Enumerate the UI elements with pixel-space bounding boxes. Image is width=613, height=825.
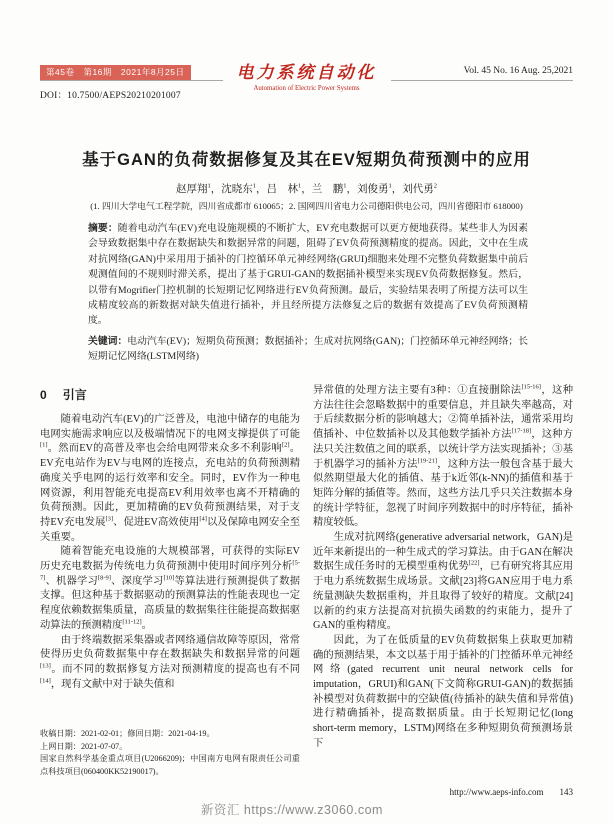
left-column-paragraphs: 随着电动汽车(EV)的广泛普及，电池中储存的电能为电网实施需求响应以及极端情况下… — [40, 413, 300, 692]
journal-url-link[interactable]: http://www.aeps-info.com — [450, 787, 544, 797]
journal-name-cn: 电力系统自动化 — [237, 64, 377, 84]
watermark-link[interactable]: 新资汇 https://www.z3060.com — [201, 800, 383, 818]
abstract-text: 随着电动汽车(EV)充电设施规模的不断扩大，EV充电数据可以更方便地获得。某些非… — [88, 223, 528, 326]
issue-info-badge: 第45卷 第16期 2021年8月25日 — [40, 65, 191, 80]
paragraph: 异常值的处理方法主要有3种：①直接删除法[15-16]，这种方法往往会忽略数据中… — [313, 384, 573, 531]
left-column: 0引言 随着电动汽车(EV)的广泛普及，电池中储存的电能为电网实施需求响应以及极… — [40, 384, 300, 780]
paragraph: 由于终端数据采集器或者网络通信故障等原因，常常使得历史负荷数据集中存在数据缺失和… — [40, 634, 300, 693]
paper-title: 基于GAN的负荷数据修复及其在EV短期负荷预测中的应用 — [20, 146, 593, 170]
footnote-line: 国家自然科学基金重点项目(U2066209)；中国南方电网有限责任公司重点科技项… — [40, 753, 300, 778]
section-title: 引言 — [63, 388, 87, 402]
footnote-line: 上网日期：2021-07-07。 — [40, 741, 300, 753]
author-line: 赵厚翔1，沈晓东1，吕 林1，兰 鹏1，刘俊勇1，刘代勇2 — [0, 181, 613, 196]
journal-name-en: Automation of Electric Power Systems — [237, 85, 377, 92]
right-column-paragraphs: 异常值的处理方法主要有3种：①直接删除法[15-16]，这种方法往往会忽略数据中… — [313, 384, 573, 752]
footnote-line: 收稿日期：2021-02-01；修回日期：2021-04-19。 — [40, 728, 300, 740]
abstract-label: 摘要： — [88, 223, 118, 234]
abstract-block: 摘要：随着电动汽车(EV)充电设施规模的不断扩大，EV充电数据可以更方便地获得。… — [88, 221, 528, 365]
section-number: 0 — [40, 388, 47, 402]
doi-text: DOI：10.7500/AEPS20210201007 — [40, 87, 181, 101]
keywords-text: 电动汽车(EV)；短期负荷预测；数据插补；生成对抗网络(GAN)；门控循环单元神… — [88, 336, 528, 362]
volume-info: Vol. 45 No. 16 Aug. 25,2021 — [464, 66, 573, 76]
page-number: 143 — [560, 787, 574, 797]
affiliation-line: (1. 四川大学电气工程学院，四川省成都市 610065；2. 国网四川省电力公… — [0, 199, 613, 212]
paragraph: 生成对抗网络(generative adversarial network，GA… — [313, 531, 573, 634]
body-columns: 0引言 随着电动汽车(EV)的广泛普及，电池中储存的电能为电网实施需求响应以及极… — [40, 384, 573, 780]
paper-page: 第45卷 第16期 2021年8月25日 DOI：10.7500/AEPS202… — [0, 0, 613, 825]
journal-header: 第45卷 第16期 2021年8月25日 DOI：10.7500/AEPS202… — [40, 64, 573, 112]
page-footer: http://www.aeps-info.com143 — [450, 787, 573, 797]
paragraph: 因此，为了在低质量的EV负荷数据集上获取更加精确的预测结果，本文以基于用于插补的… — [313, 634, 573, 752]
keywords-label: 关键词： — [88, 336, 127, 347]
right-column: 异常值的处理方法主要有3种：①直接删除法[15-16]，这种方法往往会忽略数据中… — [313, 384, 573, 780]
journal-logo: 电力系统自动化 Automation of Electric Power Sys… — [223, 64, 391, 92]
section-heading: 0引言 — [40, 386, 300, 403]
abstract-paragraph: 摘要：随着电动汽车(EV)充电设施规模的不断扩大，EV充电数据可以更方便地获得。… — [88, 221, 528, 329]
keywords-paragraph: 关键词：电动汽车(EV)；短期负荷预测；数据插补；生成对抗网络(GAN)；门控循… — [88, 334, 528, 365]
paragraph: 随着智能充电设施的大规模部署，可获得的实际EV历史充电数据为传统电力负荷预测中使… — [40, 545, 300, 633]
footnote-block: 收稿日期：2021-02-01；修回日期：2021-04-19。上网日期：202… — [40, 728, 300, 778]
paragraph: 随着电动汽车(EV)的广泛普及，电池中储存的电能为电网实施需求响应以及极端情况下… — [40, 413, 300, 545]
